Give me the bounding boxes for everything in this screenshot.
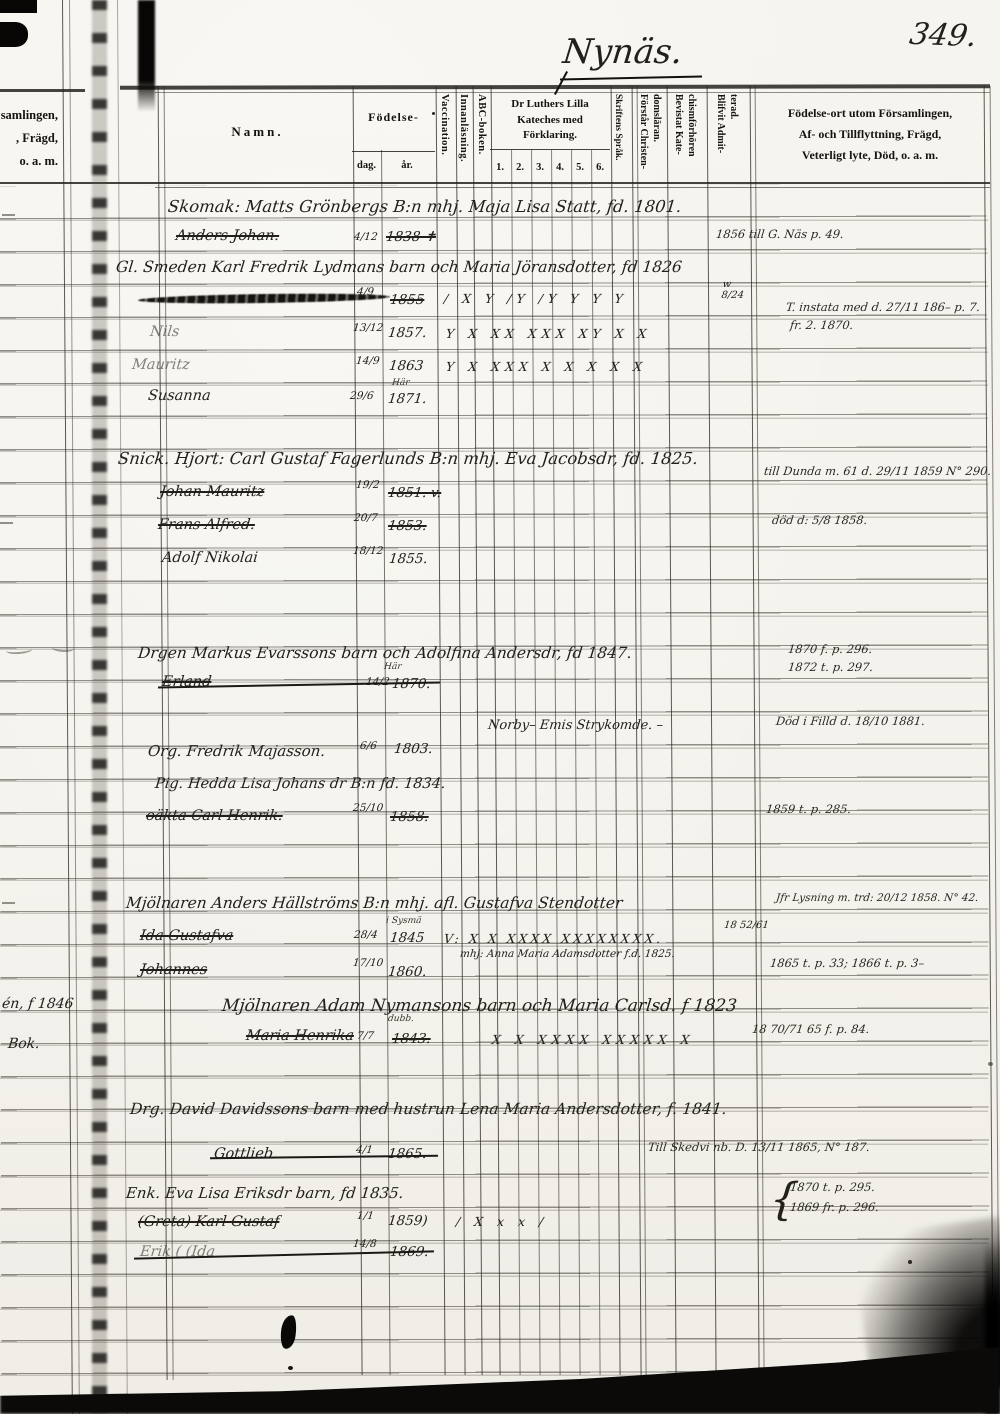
entry-note: Jfr Lysning m. trd: 20/12 1858. N° 42. (775, 892, 979, 904)
entry-birth-year: 1859) (387, 1213, 428, 1229)
entry-note: till Dunda m. 61 d. 29/11 1859 N° 290. (763, 464, 992, 478)
entry-note: Till Skedvi nb. D. 13/11 1865, N° 187. (647, 1140, 870, 1154)
entry-name: Johan Mauritz (159, 484, 265, 500)
entry-birth-day: 6/6 (359, 740, 377, 752)
column-header-abc-boken: ABC-boken. (475, 94, 488, 180)
entry-note: 1865 t. p. 33; 1866 t. p. 3– (769, 956, 925, 970)
entry-name: Johannes (139, 962, 208, 978)
facing-top-border (0, 89, 85, 92)
scan-edge-mark (0, 22, 28, 47)
entry-name: Frans Alfred. (157, 517, 256, 533)
entry-name: Susanna (147, 388, 211, 404)
entry-birth-day: 7/7 (356, 1030, 374, 1042)
facing-header-line3: o. a. m. (0, 154, 58, 169)
column-header-fodelse: Födelse- (352, 110, 435, 125)
entry-birth-year: 1863 (388, 358, 424, 374)
entry-birth-year: 1857. (387, 325, 427, 341)
table-top-border-thin (155, 92, 990, 93)
facing-header-line1: samlingen, (0, 108, 58, 123)
entry-annotation: i Sysmä (385, 916, 422, 926)
col-line-namn-dag (353, 86, 363, 1375)
entry-birth-day: 4/9 (356, 286, 374, 298)
entry-note: fr. 2. 1870. (789, 318, 854, 332)
column-header-vaccination: Vaccination. (438, 94, 451, 180)
entry-catechism-marks: Y X XX XXX XY X X (445, 326, 652, 341)
column-header-forstar: Förstår Christen- domsläran. (637, 94, 663, 182)
entry-note: död d: 5/8 1858. (771, 513, 868, 527)
entry-name: Gottlieb (213, 1146, 274, 1162)
scan-edge-mark (0, 0, 37, 13)
entry-annotation: dubb. (387, 1014, 414, 1024)
col-line-ar-vacc (436, 86, 446, 1375)
col-line-forstar-bevistat (667, 86, 677, 1375)
entry-catechism-marks: X X XXXX XXXXX X (491, 1032, 695, 1047)
entry-birth-day: 4/12 (353, 231, 378, 243)
column-header-innanlasning: Innanläsning. (457, 94, 470, 180)
entry-catechism-marks: Y X XXX X X X X X (445, 359, 648, 374)
column-header-namn: Namn. (165, 124, 350, 140)
entry-note: 1870 f. p. 296. (787, 642, 873, 656)
entry-birth-year: 1838 ✝ (385, 229, 437, 245)
binding-gutter-shadow (92, 0, 107, 1414)
facing-header-line2: , Frägd, (0, 131, 58, 146)
page-edge-shadow (138, 0, 155, 112)
entry-birth-day: 4/1 (355, 1144, 373, 1156)
household-header-name: Mjölnaren Anders Hällströms B:n mhj. afl… (125, 894, 623, 912)
entry-birth-day: 14/8 (352, 1238, 377, 1250)
entry-birth-year: 1845 (389, 930, 425, 946)
column-header-sista: Födelse-ort utom Församlingen, Af- och T… (756, 103, 984, 166)
entry-admitted-value: 18 52/61 (723, 920, 769, 931)
entry-note: 1872 t. p. 297. (787, 660, 874, 674)
entry-note: Död i Filld d. 18/10 1881. (775, 714, 925, 728)
entry-name: Org. Fredrik Majasson. (147, 742, 326, 760)
interline-note: Norby– Emis Strykomde. – (487, 718, 664, 733)
entry-catechism-marks: / X Y /Y /Y Y Y Y (443, 291, 628, 306)
col-line-blifvit-sista-2 (755, 86, 765, 1375)
column-header-luthers: Dr Luthers Lilla Kateches med Förklaring… (492, 97, 608, 144)
entry-name: (Greta) Karl Gustaf (137, 1214, 280, 1230)
household-header-name: Drgen Markus Evarssons barn och Adolfina… (137, 644, 633, 662)
household-header-name: Snick. Hjort: Carl Gustaf Fagerlunds B:n… (117, 449, 699, 468)
column-header-blifvit: Blifvit Admit- terad. (714, 94, 740, 182)
column-header-dag: dag. (353, 160, 380, 171)
col-line-vacc-innan (456, 86, 466, 1375)
col-line-innan-abc (473, 86, 483, 1375)
entry-birth-day: 25/10 (352, 802, 384, 814)
entry-name: Anders Johan. (175, 228, 280, 244)
luthers-col-1: 1. (490, 162, 510, 173)
ink-dot (288, 1366, 293, 1370)
household-header-name: Drg. David Davidssons barn med hustrun L… (129, 1100, 728, 1118)
scanned-ledger-page: Nynäs. 349. samlingen, , Frägd, o. a. m.… (0, 0, 1000, 1414)
fodelse-sub-line (352, 151, 435, 152)
entry-catechism-marks: V: X X XXXX XXXXXXXX. (443, 931, 664, 946)
entry-name: Nils (149, 324, 180, 340)
luthers-col-3: 3. (530, 162, 550, 173)
entry-note: 1859 t. p. 285. (765, 802, 852, 816)
column-header-bevistat: Bevistat Kate- chismförhören (672, 94, 698, 182)
ink-speck (988, 1062, 993, 1066)
entry-admitted-value: w 8/24 (721, 279, 746, 301)
ink-speck (432, 112, 435, 115)
margin-dash (0, 522, 13, 524)
entry-annotation: Här (383, 662, 402, 672)
margin-dash (2, 902, 15, 904)
entry-name: oäkta Carl Henrik. (145, 808, 283, 824)
entry-birth-day: 14/9 (355, 355, 380, 367)
luthers-col-6: 6. (590, 162, 610, 173)
entry-name: Ida Gustafva (139, 928, 234, 944)
entry-name: Adolf Nikolai (161, 550, 259, 566)
luthers-col-4: 4. (550, 162, 570, 173)
entry-note: T. instata med d. 27/11 186– p. 7. (785, 300, 981, 314)
entry-birth-year: 1855. (388, 551, 428, 567)
household-header-name: Gl. Smeden Karl Fredrik Lydmans barn och… (115, 258, 683, 276)
household-header-name: Enk. Eva Lisa Eriksdr barn, fd 1835. (125, 1184, 404, 1202)
entry-birth-day: 17/10 (352, 957, 384, 969)
entry-birth-year: 1851. v. (387, 485, 442, 501)
entry-note: 1869 fr. p. 296. (789, 1200, 879, 1214)
entry-name: Maria Henrika (245, 1028, 355, 1044)
header-bottom-line-2 (155, 187, 990, 188)
column-header-skriftens: Skriftens Språk. (611, 94, 624, 182)
entry-birth-day: 28/4 (353, 929, 378, 941)
col-line-bevistat-blifvit (707, 86, 717, 1375)
entry-birth-day: 13/12 (352, 322, 384, 334)
header-bottom-line (0, 182, 990, 184)
entry-birth-day: 29/6 (349, 390, 374, 402)
margin-dash (2, 214, 15, 216)
entry-birth-year: 1843. (391, 1031, 431, 1047)
entry-catechism-marks: / X x x / (455, 1214, 549, 1229)
entry-birth-year: 1871. (387, 391, 427, 407)
page-title: Nynäs. (561, 32, 685, 72)
entry-birth-year: 1803. (393, 741, 433, 757)
margin-note: én, f 1846 (1, 996, 74, 1012)
entry-name: Mauritz (131, 357, 191, 373)
margin-note: Bok. (7, 1036, 40, 1052)
entry-birth-day: 20/7 (353, 512, 378, 524)
household-header-name: Skomak: Matts Grönbergs B:n mhj. Maja Li… (167, 197, 682, 216)
entry-birth-year: 1860. (387, 964, 427, 980)
entry-birth-year: 1855 (389, 292, 425, 308)
entry-birth-day: 19/2 (355, 479, 380, 491)
interline-note: mhj: Anna Maria Adamsdotter f.d. 1825. (459, 948, 675, 960)
entry-note: 1856 till G. Näs p. 49. (715, 227, 844, 241)
entry-birth-year: 1858. (389, 809, 429, 825)
column-header-ar: år. (381, 160, 433, 171)
entry-note: 1870 t. p. 295. (789, 1180, 876, 1194)
luthers-col-2: 2. (510, 162, 530, 173)
entry-annotation: Här (391, 378, 410, 388)
entry-name: Pig. Hedda Lisa Johans dr B:n fd. 1834. (154, 776, 446, 792)
entry-birth-year: 1853. (387, 518, 427, 534)
page-number: 349. (907, 17, 980, 54)
entry-birth-day: 1/1 (356, 1210, 374, 1222)
luthers-col-5: 5. (570, 162, 590, 173)
luthers-sub-line (490, 149, 610, 150)
household-header-name: Mjölnaren Adam Nymansons barn och Maria … (221, 996, 738, 1016)
entry-note: 18 70/71 65 f. p. 84. (751, 1022, 870, 1036)
entry-birth-day: 18/12 (352, 545, 384, 557)
